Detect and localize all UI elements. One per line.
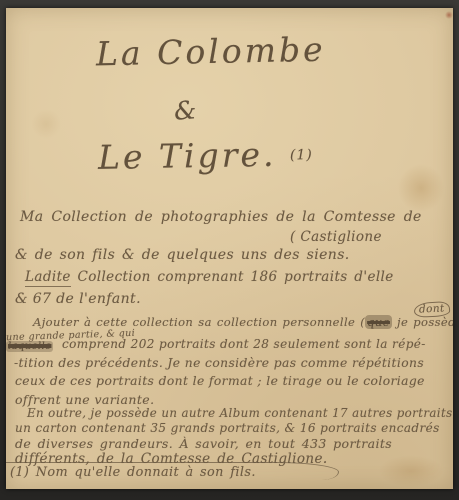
body-line-5-struck-word: que: [365, 315, 392, 329]
body-line-1: Ma Collection de photographies de la Com…: [20, 209, 422, 225]
title-line-2: Le Tigre. (1): [98, 134, 313, 177]
paper-stain: [26, 104, 66, 144]
body-line-7: -tition des précédents. Je ne considère …: [14, 356, 424, 370]
photo-background: La Colombe & Le Tigre. (1) Ma Collection…: [0, 0, 459, 500]
body-line-3: Ladite Collection comprenant 186 portrai…: [25, 269, 394, 285]
body-line-12: de diverses grandeurs. À savoir, en tout…: [15, 436, 392, 451]
title-line-2-text: Le Tigre.: [98, 135, 277, 177]
body-line-11: un carton contenant 35 grands portraits,…: [15, 421, 440, 435]
body-line-5-before: Ajouter à cette collection sa collection…: [33, 315, 365, 329]
manuscript-page: La Colombe & Le Tigre. (1) Ma Collection…: [6, 8, 453, 489]
body-line-1-insertion: ( Castiglione: [290, 229, 382, 245]
body-line-3-underlined-word: Ladite: [25, 269, 71, 287]
title-line-1: La Colombe: [96, 30, 326, 74]
body-line-10: En outre, je possède un autre Album cont…: [27, 406, 453, 420]
body-line-3-rest: Collection comprenant 186 portraits d'el…: [71, 269, 394, 285]
body-line-9: offrent une variante.: [15, 392, 154, 407]
margin-struck-word: laquelle: [6, 341, 53, 352]
body-line-5: Ajouter à cette collection sa collection…: [33, 315, 453, 329]
body-line-8: ceux de ces portraits dont le format ; l…: [15, 374, 425, 388]
body-line-2: & de son fils & de quelques uns des sien…: [15, 247, 350, 263]
title-ampersand: &: [173, 95, 198, 126]
paper-stain: [444, 10, 453, 20]
paper-stain: [368, 450, 453, 489]
footnote-reference: (1): [290, 147, 313, 163]
body-line-6: comprend 202 portraits dont 28 seulement…: [62, 337, 426, 351]
body-line-4: & 67 de l'enfant.: [15, 291, 141, 307]
footnote: (1) Nom qu'elle donnait à son fils.: [10, 465, 256, 480]
